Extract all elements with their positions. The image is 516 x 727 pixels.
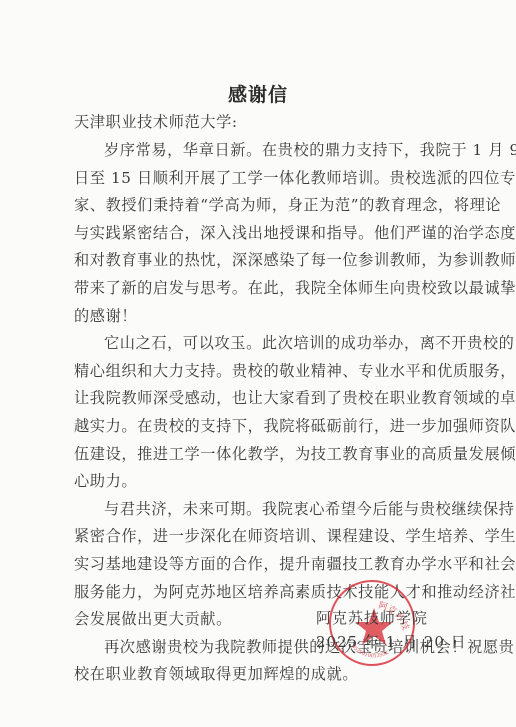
body-line: 带来了新的启发与思考。在此，我院全体师生向贵校致以最诚挚: [74, 278, 446, 298]
signature-date: 2025 年 1 月 20 日: [316, 632, 467, 652]
body-line: 和对教育事业的热忱，深深感染了每一位参训教师，为参训教师: [74, 250, 446, 270]
body-line: 家、教授们秉持着“学高为师，身正为范”的教育理念，将理论: [74, 195, 446, 215]
body-line: 精心组织和大力支持。贵校的敬业精神、专业水平和优质服务，: [74, 361, 446, 381]
salutation: 天津职业技术师范大学:: [74, 112, 446, 132]
body-line: 实习基地建设等方面的合作，提升南疆技工教育办学水平和社会: [74, 554, 446, 574]
body-line: 日至 15 日顺利开展了工学一体化教师培训。贵校选派的四位专: [74, 168, 446, 188]
letter-title: 感谢信: [0, 80, 516, 107]
body-line: 心助力。: [74, 471, 446, 491]
signature-organization: 阿克苏技师学院: [316, 608, 428, 628]
letter-page: 感谢信 天津职业技术师范大学: 岁序常易，华章日新。在贵校的鼎力支持下，我院于 …: [0, 0, 516, 727]
body-line: 紧密合作，进一步深化在师资培训、课程建设、学生培养、学生: [74, 526, 446, 546]
body-line: 与实践紧密结合，深入浅出地授课和指导。他们严谨的治学态度: [74, 223, 446, 243]
body-line: 它山之石，可以攻玉。此次培训的成功举办，离不开贵校的: [104, 333, 446, 353]
body-line: 与君共济，未来可期。我院衷心希望今后能与贵校继续保持: [104, 499, 446, 519]
body-line: 岁序常易，华章日新。在贵校的鼎力支持下，我院于 1 月 9: [104, 140, 446, 160]
body-line: 的感谢！: [74, 306, 446, 326]
body-line: 让我院教师深受感动，也让大家看到了贵校在职业教育领域的卓: [74, 388, 446, 408]
body-line: 伍建设，推进工学一体化教学，为技工教育事业的高质量发展倾: [74, 444, 446, 464]
body-line: 越实力。在贵校的支持下，我院将砥砺前行，进一步加强师资队: [74, 416, 446, 436]
